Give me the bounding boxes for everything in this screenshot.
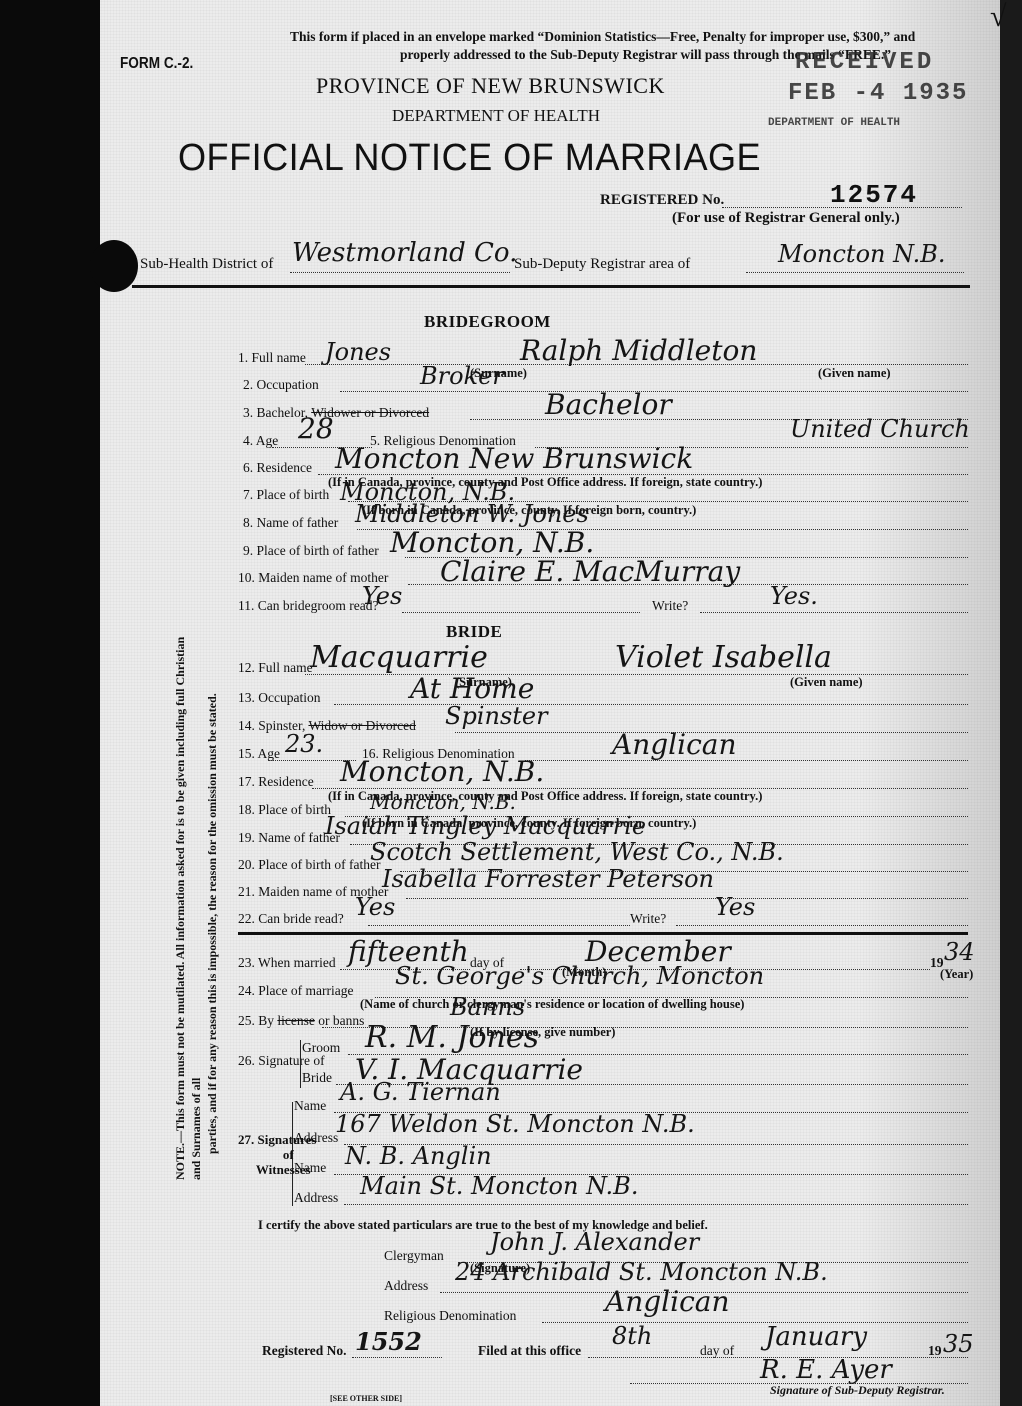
bride-age: 23. [285,730,323,758]
groom-given-name: Ralph Middleton [520,334,757,367]
groom-father-label: 8. Name of father [243,515,338,531]
bride-occupation: At Home [410,672,534,705]
groom-birthplace-label: 7. Place of birth [243,487,329,503]
witness1-address-label: Address [294,1130,338,1146]
bride-fullname-label: 12. Full name [238,660,313,676]
footer-registered-number: 1552 [355,1327,422,1356]
bride-status-label: 14. Spinster, Widow or Divorced [238,718,416,734]
bride-signature-label: Bride [302,1070,332,1086]
registrar-signature-label: Signature of Sub-Deputy Registrar. [770,1383,945,1398]
given-name-hint: (Given name) [818,366,891,381]
bride-residence-label: 17. Residence [238,774,314,790]
groom-status: Bachelor [545,388,672,421]
scan-edge [1000,0,1022,1406]
groom-fullname-label: 1. Full name [238,350,306,366]
vertical-note-line-2: parties, and if for any reason this is i… [204,620,220,1180]
groom-write-label: Write? [652,598,688,614]
groom-signature: R. M. Jones [365,1020,539,1055]
groom-occupation-label: 2. Occupation [243,377,319,393]
groom-father-birthplace-label: 9. Place of birth of father [243,543,379,559]
witness1-name: A. G. Tiernan [340,1078,501,1106]
bride-write-label: Write? [630,911,666,927]
place-of-marriage: St. George's Church, Moncton [395,962,764,990]
groom-occupation: Broker [420,362,504,390]
married-year: 34 [944,938,975,966]
witness1-address: 167 Weldon St. Moncton N.B. [335,1110,695,1138]
bride-heading: BRIDE [446,622,502,642]
filed-year: 35 [943,1330,974,1358]
clergyman-address: 24 Archibald St. Moncton N.B. [455,1258,828,1286]
department-heading: DEPARTMENT OF HEALTH [392,106,600,126]
witness2-name: N. B. Anglin [345,1142,492,1170]
groom-read: Yes [362,582,402,610]
bride-birthplace: Moncton, N.B. [370,790,516,814]
bride-surname: Macquarrie [310,640,488,675]
clergyman-address-label: Address [384,1278,428,1294]
received-stamp-line-2: FEB -4 1935 [788,80,968,107]
bride-status: Spinster [445,702,548,730]
filed-year-prefix: 19 [928,1343,942,1359]
footer-registered-label: Registered No. [262,1343,346,1359]
bride-religion: Anglican [612,728,737,761]
banns-value: Banns [450,993,525,1021]
groom-father: Middleton W. Jones [355,500,589,528]
health-district-label: Sub-Health District of [140,256,273,273]
groom-status-label: 3. Bachelor, Widower or Divorced [243,405,429,421]
see-other-side: [SEE OTHER SIDE] [330,1394,402,1403]
filed-day-of-label: day of [700,1343,734,1359]
health-district-value: Westmorland Co. [292,238,517,268]
clergyman-label: Clergyman [384,1248,444,1264]
bride-given-name: Violet Isabella [615,640,832,675]
clergyman-denomination-label: Religious Denomination [384,1308,516,1324]
groom-read-label: 11. Can bridegroom read? [238,598,378,614]
bride-write: Yes [715,893,755,921]
bride-father: Isaiah Tingley Macquarrie [325,812,646,840]
clergyman-signature: John J. Alexander [490,1228,699,1256]
filed-at-office-label: Filed at this office [478,1343,581,1359]
filed-month: January [765,1322,867,1352]
bride-read: Yes [355,893,395,921]
received-stamp-line-3: DEPARTMENT OF HEALTH [768,117,900,129]
form-id: FORM C.-2. [120,55,193,73]
groom-residence: Moncton New Brunswick [335,442,693,475]
bride-mother: Isabella Forrester Peterson [382,865,714,893]
groom-residence-label: 6. Residence [243,460,312,476]
bridegroom-heading: BRIDEGROOM [424,312,551,332]
registered-number-note: (For use of Registrar General only.) [672,210,900,227]
received-stamp-line-1: RECEIVED [795,49,934,76]
groom-signature-label: Groom [302,1040,340,1056]
vertical-note-line-1: NOTE.—This form must not be mutilated. A… [172,620,204,1180]
registrar-area-label: Sub-Deputy Registrar area of [514,256,690,273]
witness2-name-label: Name [294,1160,326,1176]
province-heading: PROVINCE OF NEW BRUNSWICK [316,73,665,99]
bride-residence: Moncton, N.B. [340,755,544,788]
registrar-signature: R. E. Ayer [760,1355,892,1385]
place-of-marriage-label: 24. Place of marriage [238,983,353,999]
registrar-area-value: Moncton N.B. [778,240,945,268]
groom-age: 28 [298,412,334,445]
year-hint: (Year) [940,967,973,982]
document-title: OFFICIAL NOTICE OF MARRIAGE [178,137,761,180]
bride-birthplace-label: 18. Place of birth [238,802,331,818]
groom-surname: Jones [325,338,391,366]
bride-father-birthplace: Scotch Settlement, West Co., N.B. [370,838,784,866]
bride-occupation-label: 13. Occupation [238,690,320,706]
clergyman-denomination: Anglican [605,1285,730,1318]
filed-day: 8th [612,1322,652,1350]
witness2-address-label: Address [294,1190,338,1206]
witness2-address: Main St. Moncton N.B. [360,1172,638,1200]
bride-given-name-hint: (Given name) [790,675,863,690]
place-hint: (Name of church or clergyman's residence… [360,997,744,1012]
witness1-name-label: Name [294,1098,326,1114]
when-married-label: 23. When married [238,955,336,971]
groom-write: Yes. [770,582,818,610]
bride-father-birthplace-label: 20. Place of birth of father [238,857,380,873]
registered-number-label: REGISTERED No. [600,192,724,209]
bride-read-label: 22. Can bride read? [238,911,344,927]
mail-note-line-1: This form if placed in an envelope marke… [290,28,915,45]
check-mark-icon: √ [990,0,1006,34]
groom-religion: United Church [790,415,970,443]
registered-number: 12574 [830,180,918,210]
groom-mother: Claire E. MacMurray [440,555,740,588]
vertical-note: NOTE.—This form must not be mutilated. A… [172,620,220,1180]
punch-hole [90,240,138,292]
